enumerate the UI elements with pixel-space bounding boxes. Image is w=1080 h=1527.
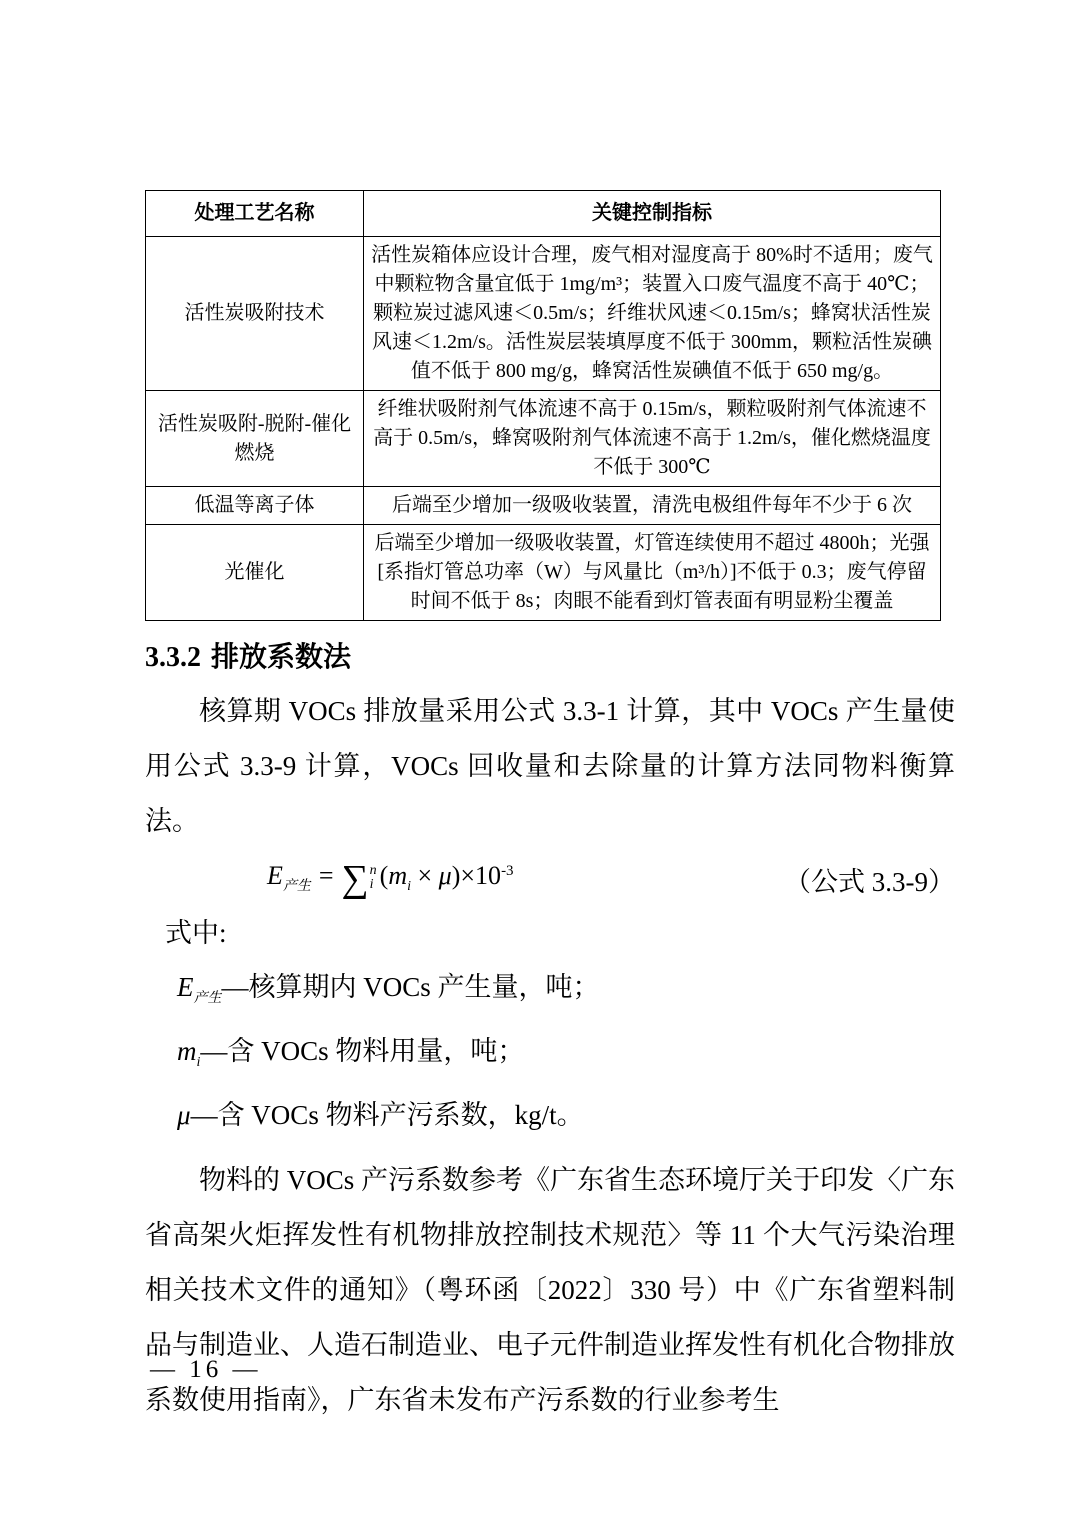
section-number: 3.3.2 xyxy=(145,642,201,673)
process-name-cell: 低温等离子体 xyxy=(146,487,364,525)
process-name-cell: 光催化 xyxy=(146,525,364,621)
table-header-row: 处理工艺名称 关键控制指标 xyxy=(146,191,941,237)
formula-E: E xyxy=(267,861,283,890)
definition-text: —含 VOCs 物料用量，吨； xyxy=(200,1036,524,1066)
definition-E: E产生—核算期内 VOCs 产生量，吨； xyxy=(177,961,955,1025)
definition-symbol: m xyxy=(177,1036,197,1066)
close-paren-times-ten: )×10 xyxy=(452,861,501,890)
formula-expression: E产生=∑ni(mi × μ)×10-3 xyxy=(267,857,514,901)
treatment-process-table: 处理工艺名称 关键控制指标 活性炭吸附技术 活性炭箱体应设计合理，废气相对湿度高… xyxy=(145,190,941,621)
formula-m: m xyxy=(388,861,407,890)
definition-text: —含 VOCs 物料产污系数，kg/t。 xyxy=(191,1100,584,1130)
table-row: 活性炭吸附技术 活性炭箱体应设计合理，废气相对湿度高于 80%时不适用；废气中颗… xyxy=(146,237,941,391)
definition-symbol: E xyxy=(177,972,194,1002)
formula-label: （公式 3.3-9） xyxy=(784,860,955,899)
table-row: 光催化 后端至少增加一级吸收装置，灯管连续使用不超过 4800h；光强[系指灯管… xyxy=(146,525,941,621)
exponent: -3 xyxy=(501,863,514,879)
definition-mu: μ—含 VOCs 物料产污系数，kg/t。 xyxy=(177,1089,955,1153)
process-name-cell: 活性炭吸附技术 xyxy=(146,237,364,391)
definition-symbol: μ xyxy=(177,1100,191,1130)
definition-symbol-subscript: 产生 xyxy=(194,991,222,1006)
definition-m: mi—含 VOCs 物料用量，吨； xyxy=(177,1025,955,1089)
times-sign: × xyxy=(411,861,439,890)
process-name-cell: 活性炭吸附-脱附-催化燃烧 xyxy=(146,391,364,487)
paragraph-reference-documents: 物料的 VOCs 产污系数参考《广东省生态环境厅关于印发〈广东省高架火炬挥发性有… xyxy=(145,1153,955,1428)
sigma-symbol: ∑ xyxy=(342,858,369,900)
control-indicator-cell: 活性炭箱体应设计合理，废气相对湿度高于 80%时不适用；废气中颗粒物含量宜低于 … xyxy=(364,237,941,391)
paragraph-emission-factor-method: 核算期 VOCs 排放量采用公式 3.3-1 计算，其中 VOCs 产生量使用公… xyxy=(145,684,955,849)
control-indicator-cell: 后端至少增加一级吸收装置，灯管连续使用不超过 4800h；光强[系指灯管总功率（… xyxy=(364,525,941,621)
formula-E-subscript: 产生 xyxy=(283,879,311,894)
definition-text: —核算期内 VOCs 产生量，吨； xyxy=(222,972,600,1002)
footer-page-number: — 16 — xyxy=(150,1356,262,1384)
equals-sign: = xyxy=(319,861,334,890)
section-heading: 3.3.2排放系数法 xyxy=(145,639,955,676)
sigma-lower-limit: i xyxy=(370,878,377,892)
col-header-key-control-indicator: 关键控制指标 xyxy=(364,191,941,237)
formula-mu: μ xyxy=(439,861,452,890)
control-indicator-cell: 纤维状吸附剂气体流速不高于 0.15m/s，颗粒吸附剂气体流速不高于 0.5m/… xyxy=(364,391,941,487)
table-row: 低温等离子体 后端至少增加一级吸收装置，清洗电极组件每年不少于 6 次 xyxy=(146,487,941,525)
document-page: 处理工艺名称 关键控制指标 活性炭吸附技术 活性炭箱体应设计合理，废气相对湿度高… xyxy=(0,0,1080,1527)
sigma-upper-limit: n xyxy=(370,864,377,878)
col-header-process-name: 处理工艺名称 xyxy=(146,191,364,237)
where-intro: 式中: xyxy=(165,905,955,961)
control-indicator-cell: 后端至少增加一级吸收装置，清洗电极组件每年不少于 6 次 xyxy=(364,487,941,525)
sigma-limits: ni xyxy=(370,864,377,892)
table-row: 活性炭吸附-脱附-催化燃烧 纤维状吸附剂气体流速不高于 0.15m/s，颗粒吸附… xyxy=(146,391,941,487)
formula-block: E产生=∑ni(mi × μ)×10-3 （公式 3.3-9） xyxy=(145,857,955,901)
section-title: 排放系数法 xyxy=(211,641,351,672)
